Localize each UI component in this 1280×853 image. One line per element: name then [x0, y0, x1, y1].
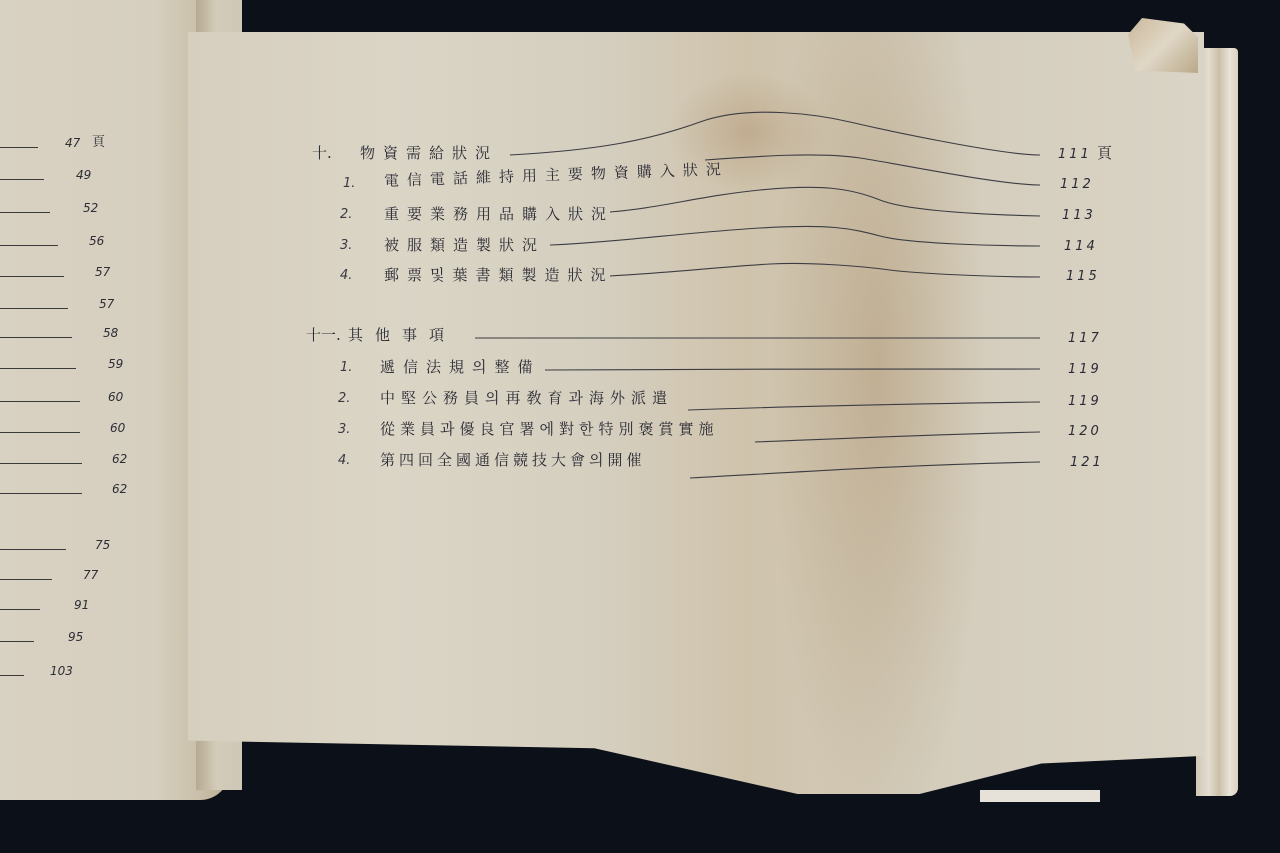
left-toc-row: 60 [0, 382, 200, 408]
item-page: 121 [1070, 455, 1104, 470]
left-toc-row: 57 [0, 289, 200, 315]
item-title: 被服類造製狀況 [384, 234, 545, 255]
item-number: 2. [340, 207, 352, 222]
section-page: 111 [1058, 147, 1092, 162]
section-page: 117 [1068, 331, 1102, 346]
left-toc-row: 52 [0, 193, 200, 219]
item-number: 4. [340, 268, 352, 283]
item-number: 2. [338, 391, 350, 406]
item-page: 115 [1066, 269, 1100, 284]
item-page: 114 [1064, 239, 1098, 254]
left-toc-row: 91 [0, 590, 200, 616]
item-page: 119 [1068, 362, 1102, 377]
section-numeral: 十. [312, 142, 332, 163]
left-toc-row: 95 [0, 622, 200, 648]
section-numeral: 十一. [306, 324, 341, 345]
item-title: 從業員과優良官署에對한特別褒賞實施 [380, 418, 718, 439]
item-page: 119 [1068, 394, 1102, 409]
left-toc-row: 49 [0, 160, 200, 186]
item-number: 3. [340, 238, 352, 253]
item-title: 重要業務用品購入狀況 [384, 203, 614, 224]
left-toc-row: 62 [0, 474, 200, 500]
item-number: 3. [338, 422, 350, 437]
item-page: 112 [1060, 177, 1094, 192]
section-title: 物資需給狀況 [360, 142, 498, 163]
section-title: 其他事項 [348, 324, 456, 345]
item-title: 遞信法規의整備 [380, 356, 541, 377]
item-title: 第四回全國通信競技大會의開催 [380, 449, 646, 470]
item-number: 1. [340, 360, 352, 375]
left-toc-row: 57 [0, 257, 200, 283]
item-title: 郵票및葉書類製造狀況 [384, 264, 614, 285]
book-photo: 47頁 49 52 56 57 57 58 59 60 60 62 62 75 … [0, 0, 1280, 853]
left-toc-row: 62 [0, 444, 200, 470]
page-unit: 頁 [1097, 142, 1112, 163]
left-toc-row: 103 [0, 656, 200, 682]
left-toc-row: 47頁 [0, 128, 200, 154]
left-toc-row: 59 [0, 349, 200, 375]
folded-corner [1128, 18, 1198, 73]
item-number: 1. [343, 176, 355, 191]
left-toc-row: 58 [0, 318, 200, 344]
item-page: 113 [1062, 208, 1096, 223]
item-page: 120 [1068, 424, 1102, 439]
left-toc-row: 60 [0, 413, 200, 439]
left-toc-row: 77 [0, 560, 200, 586]
left-toc-row: 56 [0, 226, 200, 252]
left-toc-row: 75 [0, 530, 200, 556]
paper-slip [980, 790, 1100, 802]
right-page [188, 32, 1204, 794]
item-number: 4. [338, 453, 350, 468]
item-title: 中堅公務員의再敎育과海外派遣 [380, 387, 673, 408]
